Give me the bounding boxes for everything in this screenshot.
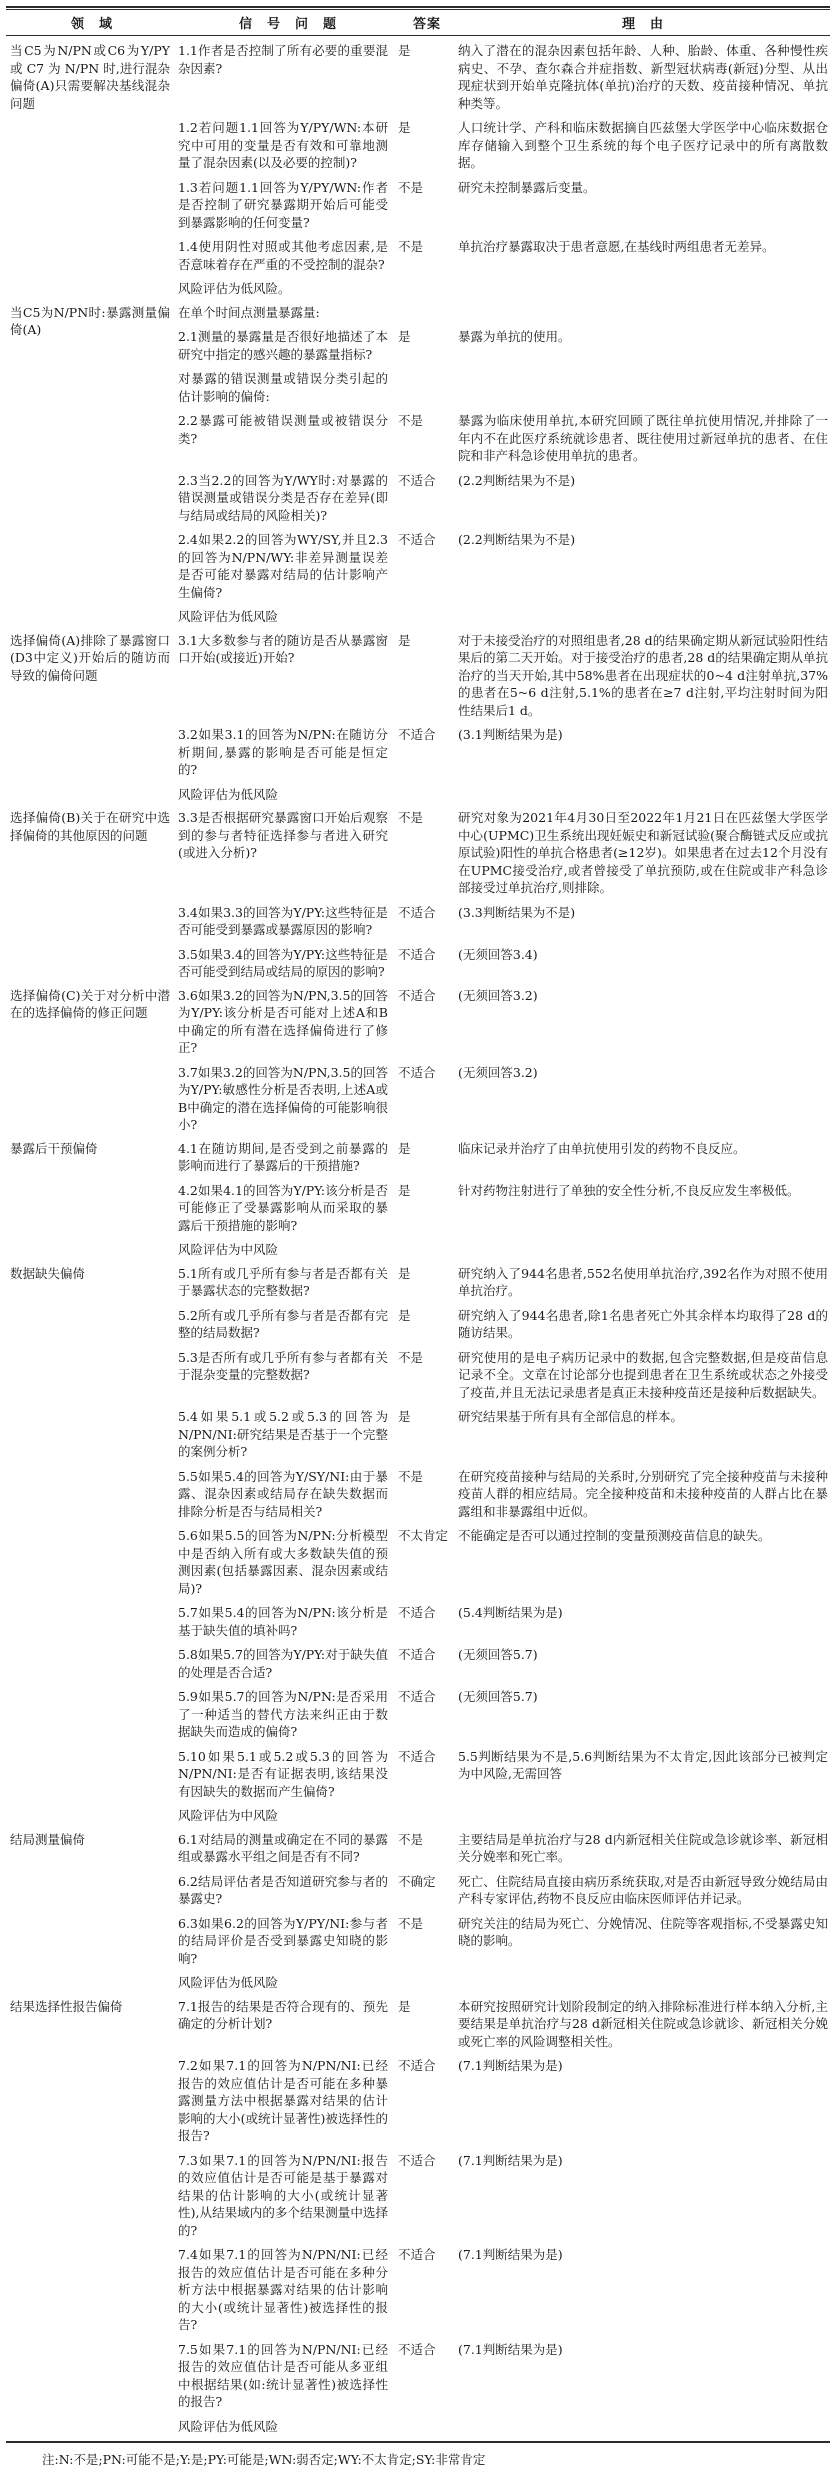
answer-cell: 是	[398, 1996, 456, 2051]
column-header-domain: 领 域	[6, 13, 178, 32]
table-row: 6.2结局评估者是否知道研究参与者的暴露史?不确定死亡、住院结局直接由病历系统获…	[178, 1871, 830, 1908]
question-cell: 5.3是否所有或几乎所有参与者都有关于混杂变量的完整数据?	[178, 1347, 398, 1402]
reason-cell: 针对药物注射进行了单独的安全性分析,不良反应发生率极低。	[456, 1180, 830, 1235]
answer-cell	[398, 278, 456, 298]
answer-cell	[398, 302, 456, 322]
domain-group: 选择偏倚(C)关于对分析中潜在的选择偏倚的修正问题3.6如果3.2的回答为N/P…	[6, 985, 830, 1136]
answer-cell: 是	[398, 1406, 456, 1461]
question-cell: 风险评估为低风险	[178, 1972, 398, 1992]
question-rows: 5.1所有或几乎所有参与者是否都有关于暴露状态的完整数据?是研究纳入了944名患…	[178, 1263, 830, 1827]
answer-cell: 不是	[398, 1347, 456, 1402]
domain-cell: 选择偏倚(B)关于在研究中选择偏倚的其他原因的问题	[6, 807, 178, 983]
answer-cell: 不适合	[398, 944, 456, 981]
answer-cell: 是	[398, 1305, 456, 1342]
domain-group: 当C5为N/PN时:暴露测量偏倚(A)在单个时间点测量暴露量:2.1测量的暴露量…	[6, 302, 830, 628]
domain-cell: 数据缺失偏倚	[6, 1263, 178, 1827]
reason-cell: 研究纳入了944名患者,552名使用单抗治疗,392名作为对照不使用单抗治疗。	[456, 1263, 830, 1300]
question-cell: 5.8如果5.7的回答为Y/PY:对于缺失值的处理是否合适?	[178, 1644, 398, 1681]
domain-cell: 选择偏倚(C)关于对分析中潜在的选择偏倚的修正问题	[6, 985, 178, 1136]
answer-cell: 不是	[398, 236, 456, 273]
reason-cell: (7.1判断结果为是)	[456, 2150, 830, 2240]
reason-cell: 研究未控制暴露后变量。	[456, 177, 830, 232]
table-footnote: 注:N:不是;PN:可能不是;Y:是;PY:可能是;WN:弱否定;WY:不太肯定…	[6, 2443, 830, 2478]
question-cell: 4.1在随访期间,是否受到之前暴露的影响而进行了暴露后的干预措施?	[178, 1138, 398, 1175]
reason-cell	[456, 278, 830, 298]
table-row: 5.8如果5.7的回答为Y/PY:对于缺失值的处理是否合适?不适合(无须回答5.…	[178, 1644, 830, 1681]
question-cell: 1.1作者是否控制了所有必要的重要混杂因素?	[178, 40, 398, 112]
reason-cell: 纳入了潜在的混杂因素包括年龄、人种、胎龄、体重、各种慢性疾病史、不孕、查尔森合并…	[456, 40, 830, 112]
table-row: 1.2若问题1.1回答为Y/PY/WN:本研究中可用的变量是否有效和可靠地测量了…	[178, 117, 830, 172]
table-row: 5.6如果5.5的回答为N/PN:分析模型中是否纳入所有或大多数缺失值的预测因素…	[178, 1525, 830, 1597]
question-cell: 5.5如果5.4的回答为Y/SY/NI:由于暴露、混杂因素或结局存在缺失数据而排…	[178, 1466, 398, 1521]
table-row: 1.3若问题1.1回答为Y/PY/WN:作者是否控制了研究暴露期开始后可能受到暴…	[178, 177, 830, 232]
reason-cell: 暴露为单抗的使用。	[456, 326, 830, 363]
answer-cell: 不是	[398, 1913, 456, 1968]
reason-cell: 人口统计学、产科和临床数据摘自匹兹堡大学医学中心临床数据仓库存储输入到整个卫生系…	[456, 117, 830, 172]
reason-cell: 研究对象为2021年4月30日至2022年1月21日在匹兹堡大学医学中心(UPM…	[456, 807, 830, 897]
table-row: 风险评估为低风险。	[178, 278, 830, 298]
question-cell: 2.3当2.2的回答为Y/WY时:对暴露的错误测量或错误分类是否存在差异(即与结…	[178, 470, 398, 525]
reason-cell: 研究关注的结局为死亡、分娩情况、住院等客观指标,不受暴露史知晓的影响。	[456, 1913, 830, 1968]
answer-cell	[398, 2416, 456, 2436]
question-cell: 风险评估为低风险	[178, 2416, 398, 2436]
question-cell: 3.1大多数参与者的随访是否从暴露窗口开始(或接近)开始?	[178, 630, 398, 720]
question-cell: 5.10如果5.1或5.2或5.3的回答为N/PN/NI:是否有证据表明,该结果…	[178, 1746, 398, 1801]
table-row: 2.1测量的暴露量是否很好地描述了本研究中指定的感兴趣的暴露量指标?是暴露为单抗…	[178, 326, 830, 363]
question-cell: 5.2所有或几乎所有参与者是否都有完整的结局数据?	[178, 1305, 398, 1342]
answer-cell: 不适合	[398, 1746, 456, 1801]
answer-cell: 不适合	[398, 1602, 456, 1639]
reason-cell: (5.4判断结果为是)	[456, 1602, 830, 1639]
reason-cell: (2.2判断结果为不是)	[456, 470, 830, 525]
question-rows: 6.1对结局的测量或确定在不同的暴露组或暴露水平组之间是否有不同?不是主要结局是…	[178, 1829, 830, 1994]
table-row: 2.2暴露可能被错误测量或被错误分类?不是暴露为临床使用单抗,本研究回顾了既往单…	[178, 410, 830, 465]
table-row: 3.2如果3.1的回答为N/PN:在随访分析期间,暴露的影响是否可能是恒定的?不…	[178, 724, 830, 779]
question-cell: 5.4如果5.1或5.2或5.3的回答为N/PN/NI:研究结果是否基于一个完整…	[178, 1406, 398, 1461]
reason-cell: 对于未接受治疗的对照组患者,28 d的结果确定期从新冠试验阳性结果后的第二天开始…	[456, 630, 830, 720]
table-row: 2.4如果2.2的回答为WY/SY,并且2.3的回答为N/PN/WY:非差异测量…	[178, 529, 830, 601]
reason-cell	[456, 368, 830, 405]
question-cell: 3.4如果3.3的回答为Y/PY:这些特征是否可能受到暴露或暴露原因的影响?	[178, 902, 398, 939]
reason-cell: 不能确定是否可以通过控制的变量预测疫苗信息的缺失。	[456, 1525, 830, 1597]
answer-cell: 不适合	[398, 2244, 456, 2334]
answer-cell: 不是	[398, 410, 456, 465]
reason-cell: (3.3判断结果为不是)	[456, 902, 830, 939]
reason-cell	[456, 2416, 830, 2436]
answer-cell	[398, 368, 456, 405]
table-row: 7.5如果7.1的回答为N/PN/NI:已经报告的效应值估计是否可能从多亚组中根…	[178, 2339, 830, 2411]
domain-group: 结果选择性报告偏倚7.1报告的结果是否符合现有的、预先确定的分析计划?是本研究按…	[6, 1996, 830, 2438]
question-cell: 对暴露的错误测量或错误分类引起的估计影响的偏倚:	[178, 368, 398, 405]
table-row: 5.5如果5.4的回答为Y/SY/NI:由于暴露、混杂因素或结局存在缺失数据而排…	[178, 1466, 830, 1521]
answer-cell	[398, 1805, 456, 1825]
question-cell: 2.1测量的暴露量是否很好地描述了本研究中指定的感兴趣的暴露量指标?	[178, 326, 398, 363]
question-cell: 3.6如果3.2的回答为N/PN,3.5的回答为Y/PY:该分析是否可能对上述A…	[178, 985, 398, 1057]
answer-cell: 不是	[398, 1466, 456, 1521]
reason-cell: (无须回答3.2)	[456, 1062, 830, 1134]
reason-cell: (7.1判断结果为是)	[456, 2339, 830, 2411]
domain-cell: 当C5为N/PN时:暴露测量偏倚(A)	[6, 302, 178, 628]
question-cell: 5.1所有或几乎所有参与者是否都有关于暴露状态的完整数据?	[178, 1263, 398, 1300]
reason-cell: 在研究疫苗接种与结局的关系时,分别研究了完全接种疫苗与未接种疫苗人群的相应结局。…	[456, 1466, 830, 1521]
table-row: 7.2如果7.1的回答为N/PN/NI:已经报告的效应值估计是否可能在多种暴露测…	[178, 2055, 830, 2145]
question-cell: 风险评估为中风险	[178, 1805, 398, 1825]
reason-cell	[456, 606, 830, 626]
domain-group: 当C5为N/PN或C6为Y/PY 或 C7 为 N/PN 时,进行混杂偏倚(A)…	[6, 40, 830, 300]
table-row: 5.2所有或几乎所有参与者是否都有完整的结局数据?是研究纳入了944名患者,除1…	[178, 1305, 830, 1342]
question-cell: 风险评估为低风险	[178, 784, 398, 804]
reason-cell: 单抗治疗暴露取决于患者意愿,在基线时两组患者无差异。	[456, 236, 830, 273]
table-row: 5.3是否所有或几乎所有参与者都有关于混杂变量的完整数据?不是研究使用的是电子病…	[178, 1347, 830, 1402]
answer-cell: 不确定	[398, 1871, 456, 1908]
question-cell: 在单个时间点测量暴露量:	[178, 302, 398, 322]
question-rows: 在单个时间点测量暴露量:2.1测量的暴露量是否很好地描述了本研究中指定的感兴趣的…	[178, 302, 830, 628]
answer-cell: 是	[398, 1180, 456, 1235]
question-cell: 4.2如果4.1的回答为Y/PY:该分析是否可能修正了受暴露影响从而采取的暴露后…	[178, 1180, 398, 1235]
question-rows: 1.1作者是否控制了所有必要的重要混杂因素?是纳入了潜在的混杂因素包括年龄、人种…	[178, 40, 830, 300]
question-rows: 3.1大多数参与者的随访是否从暴露窗口开始(或接近)开始?是对于未接受治疗的对照…	[178, 630, 830, 806]
answer-cell: 不适合	[398, 724, 456, 779]
reason-cell: (无须回答5.7)	[456, 1644, 830, 1681]
answer-cell: 是	[398, 1138, 456, 1175]
reason-cell: 暴露为临床使用单抗,本研究回顾了既往单抗使用情况,并排除了一年内不在此医疗系统就…	[456, 410, 830, 465]
answer-cell: 不适合	[398, 902, 456, 939]
answer-cell: 不适合	[398, 2339, 456, 2411]
question-cell: 7.3如果7.1的回答为N/PN/NI:报告的效应值估计是否可能是基于暴露对结果…	[178, 2150, 398, 2240]
reason-cell	[456, 302, 830, 322]
answer-cell: 不是	[398, 1829, 456, 1866]
table-row: 2.3当2.2的回答为Y/WY时:对暴露的错误测量或错误分类是否存在差异(即与结…	[178, 470, 830, 525]
answer-cell: 不适合	[398, 2150, 456, 2240]
reason-cell: 研究使用的是电子病历记录中的数据,包含完整数据,但是疫苗信息记录不全。文章在讨论…	[456, 1347, 830, 1402]
table-row: 5.7如果5.4的回答为N/PN:该分析是基于缺失值的填补吗?不适合(5.4判断…	[178, 1602, 830, 1639]
table-row: 对暴露的错误测量或错误分类引起的估计影响的偏倚:	[178, 368, 830, 405]
reason-cell: 死亡、住院结局直接由病历系统获取,对是否由新冠导致分娩结局由产科专家评估,药物不…	[456, 1871, 830, 1908]
question-rows: 3.3是否根据研究暴露窗口开始后观察到的参与者特征选择参与者进入研究(或进入分析…	[178, 807, 830, 983]
table-row: 3.3是否根据研究暴露窗口开始后观察到的参与者特征选择参与者进入研究(或进入分析…	[178, 807, 830, 897]
answer-cell: 是	[398, 1263, 456, 1300]
domain-group: 结局测量偏倚6.1对结局的测量或确定在不同的暴露组或暴露水平组之间是否有不同?不…	[6, 1829, 830, 1994]
question-cell: 风险评估为中风险	[178, 1239, 398, 1259]
table-row: 5.9如果5.7的回答为N/PN:是否采用了一种适当的替代方法来纠正由于数据缺失…	[178, 1686, 830, 1741]
table-row: 5.4如果5.1或5.2或5.3的回答为N/PN/NI:研究结果是否基于一个完整…	[178, 1406, 830, 1461]
domain-cell: 选择偏倚(A)排除了暴露窗口(D3中定义)开始后的随访而导致的偏倚问题	[6, 630, 178, 806]
answer-cell	[398, 784, 456, 804]
domain-cell: 结果选择性报告偏倚	[6, 1996, 178, 2438]
answer-cell: 不是	[398, 807, 456, 897]
answer-cell: 不适合	[398, 985, 456, 1057]
reason-cell: (无须回答3.4)	[456, 944, 830, 981]
table-row: 1.4使用阴性对照或其他考虑因素,是否意味着存在严重的不受控制的混杂?不是单抗治…	[178, 236, 830, 273]
question-cell: 7.1报告的结果是否符合现有的、预先确定的分析计划?	[178, 1996, 398, 2051]
reason-cell: 研究结果基于所有具有全部信息的样本。	[456, 1406, 830, 1461]
answer-cell: 不适合	[398, 1644, 456, 1681]
question-cell: 2.4如果2.2的回答为WY/SY,并且2.3的回答为N/PN/WY:非差异测量…	[178, 529, 398, 601]
table-row: 风险评估为中风险	[178, 1239, 830, 1259]
question-cell: 1.3若问题1.1回答为Y/PY/WN:作者是否控制了研究暴露期开始后可能受到暴…	[178, 177, 398, 232]
domain-cell: 结局测量偏倚	[6, 1829, 178, 1994]
question-cell: 7.5如果7.1的回答为N/PN/NI:已经报告的效应值估计是否可能从多亚组中根…	[178, 2339, 398, 2411]
domain-group: 数据缺失偏倚5.1所有或几乎所有参与者是否都有关于暴露状态的完整数据?是研究纳入…	[6, 1263, 830, 1827]
reason-cell: 临床记录并治疗了由单抗使用引发的药物不良反应。	[456, 1138, 830, 1175]
table-row: 6.1对结局的测量或确定在不同的暴露组或暴露水平组之间是否有不同?不是主要结局是…	[178, 1829, 830, 1866]
reason-cell: 研究纳入了944名患者,除1名患者死亡外其余样本均取得了28 d的随访结果。	[456, 1305, 830, 1342]
column-header-question: 信 号 问 题	[178, 13, 398, 32]
answer-cell	[398, 1239, 456, 1259]
answer-cell: 不是	[398, 177, 456, 232]
table-row: 5.10如果5.1或5.2或5.3的回答为N/PN/NI:是否有证据表明,该结果…	[178, 1746, 830, 1801]
question-cell: 3.7如果3.2的回答为N/PN,3.5的回答为Y/PY:敏感性分析是否表明,上…	[178, 1062, 398, 1134]
domain-group: 选择偏倚(B)关于在研究中选择偏倚的其他原因的问题3.3是否根据研究暴露窗口开始…	[6, 807, 830, 983]
table-row: 风险评估为中风险	[178, 1805, 830, 1825]
question-cell: 风险评估为低风险	[178, 606, 398, 626]
table-row: 7.1报告的结果是否符合现有的、预先确定的分析计划?是本研究按照研究计划阶段制定…	[178, 1996, 830, 2051]
answer-cell: 是	[398, 630, 456, 720]
question-cell: 5.7如果5.4的回答为N/PN:该分析是基于缺失值的填补吗?	[178, 1602, 398, 1639]
question-cell: 5.9如果5.7的回答为N/PN:是否采用了一种适当的替代方法来纠正由于数据缺失…	[178, 1686, 398, 1741]
answer-cell: 不适合	[398, 529, 456, 601]
reason-cell	[456, 784, 830, 804]
table-row: 风险评估为低风险	[178, 1972, 830, 1992]
table-row: 7.3如果7.1的回答为N/PN/NI:报告的效应值估计是否可能是基于暴露对结果…	[178, 2150, 830, 2240]
question-cell: 5.6如果5.5的回答为N/PN:分析模型中是否纳入所有或大多数缺失值的预测因素…	[178, 1525, 398, 1597]
table-row: 1.1作者是否控制了所有必要的重要混杂因素?是纳入了潜在的混杂因素包括年龄、人种…	[178, 40, 830, 112]
reason-cell: 5.5判断结果为不是,5.6判断结果为不太肯定,因此该部分已被判定为中风险,无需…	[456, 1746, 830, 1801]
table-row: 4.1在随访期间,是否受到之前暴露的影响而进行了暴露后的干预措施?是临床记录并治…	[178, 1138, 830, 1175]
question-cell: 7.2如果7.1的回答为N/PN/NI:已经报告的效应值估计是否可能在多种暴露测…	[178, 2055, 398, 2145]
question-cell: 7.4如果7.1的回答为N/PN/NI:已经报告的效应值估计是否可能在多种分析方…	[178, 2244, 398, 2334]
reason-cell: (7.1判断结果为是)	[456, 2055, 830, 2145]
question-cell: 6.2结局评估者是否知道研究参与者的暴露史?	[178, 1871, 398, 1908]
reason-cell: (2.2判断结果为不是)	[456, 529, 830, 601]
column-header-reason: 理 由	[456, 13, 830, 32]
question-cell: 3.5如果3.4的回答为Y/PY:这些特征是否可能受到结局或结局的原因的影响?	[178, 944, 398, 981]
table-body: 当C5为N/PN或C6为Y/PY 或 C7 为 N/PN 时,进行混杂偏倚(A)…	[6, 36, 830, 2437]
question-cell: 3.3是否根据研究暴露窗口开始后观察到的参与者特征选择参与者进入研究(或进入分析…	[178, 807, 398, 897]
question-cell: 风险评估为低风险。	[178, 278, 398, 298]
domain-cell: 暴露后干预偏倚	[6, 1138, 178, 1261]
reason-cell	[456, 1805, 830, 1825]
reason-cell: (无须回答5.7)	[456, 1686, 830, 1741]
answer-cell: 不适合	[398, 470, 456, 525]
answer-cell: 不适合	[398, 2055, 456, 2145]
answer-cell: 不适合	[398, 1062, 456, 1134]
answer-cell	[398, 1972, 456, 1992]
question-rows: 7.1报告的结果是否符合现有的、预先确定的分析计划?是本研究按照研究计划阶段制定…	[178, 1996, 830, 2438]
question-cell: 1.4使用阴性对照或其他考虑因素,是否意味着存在严重的不受控制的混杂?	[178, 236, 398, 273]
table-row: 5.1所有或几乎所有参与者是否都有关于暴露状态的完整数据?是研究纳入了944名患…	[178, 1263, 830, 1300]
reason-cell: (7.1判断结果为是)	[456, 2244, 830, 2334]
answer-cell	[398, 606, 456, 626]
table-row: 3.6如果3.2的回答为N/PN,3.5的回答为Y/PY:该分析是否可能对上述A…	[178, 985, 830, 1057]
table-row: 3.1大多数参与者的随访是否从暴露窗口开始(或接近)开始?是对于未接受治疗的对照…	[178, 630, 830, 720]
question-cell: 6.1对结局的测量或确定在不同的暴露组或暴露水平组之间是否有不同?	[178, 1829, 398, 1866]
question-rows: 3.6如果3.2的回答为N/PN,3.5的回答为Y/PY:该分析是否可能对上述A…	[178, 985, 830, 1136]
answer-cell: 是	[398, 117, 456, 172]
reason-cell: (无须回答3.2)	[456, 985, 830, 1057]
answer-cell: 是	[398, 40, 456, 112]
table-row: 3.5如果3.4的回答为Y/PY:这些特征是否可能受到结局或结局的原因的影响?不…	[178, 944, 830, 981]
table-header-row: 领 域 信 号 问 题 答案 理 由	[6, 10, 830, 36]
question-rows: 4.1在随访期间,是否受到之前暴露的影响而进行了暴露后的干预措施?是临床记录并治…	[178, 1138, 830, 1261]
table-row: 在单个时间点测量暴露量:	[178, 302, 830, 322]
question-cell: 3.2如果3.1的回答为N/PN:在随访分析期间,暴露的影响是否可能是恒定的?	[178, 724, 398, 779]
table-row: 3.7如果3.2的回答为N/PN,3.5的回答为Y/PY:敏感性分析是否表明,上…	[178, 1062, 830, 1134]
table-row: 风险评估为低风险	[178, 606, 830, 626]
question-cell: 1.2若问题1.1回答为Y/PY/WN:本研究中可用的变量是否有效和可靠地测量了…	[178, 117, 398, 172]
domain-cell: 当C5为N/PN或C6为Y/PY 或 C7 为 N/PN 时,进行混杂偏倚(A)…	[6, 40, 178, 300]
answer-cell: 不适合	[398, 1686, 456, 1741]
column-header-answer: 答案	[398, 13, 456, 32]
domain-group: 暴露后干预偏倚4.1在随访期间,是否受到之前暴露的影响而进行了暴露后的干预措施?…	[6, 1138, 830, 1261]
reason-cell: 主要结局是单抗治疗与28 d内新冠相关住院或急诊就诊率、新冠相关分娩率和死亡率。	[456, 1829, 830, 1866]
answer-cell: 是	[398, 326, 456, 363]
table-row: 4.2如果4.1的回答为Y/PY:该分析是否可能修正了受暴露影响从而采取的暴露后…	[178, 1180, 830, 1235]
document-page: 领 域 信 号 问 题 答案 理 由 当C5为N/PN或C6为Y/PY 或 C7…	[0, 0, 836, 2478]
table-row: 7.4如果7.1的回答为N/PN/NI:已经报告的效应值估计是否可能在多种分析方…	[178, 2244, 830, 2334]
question-cell: 2.2暴露可能被错误测量或被错误分类?	[178, 410, 398, 465]
table-row: 风险评估为低风险	[178, 784, 830, 804]
table-row: 风险评估为低风险	[178, 2416, 830, 2436]
answer-cell: 不太肯定	[398, 1525, 456, 1597]
question-cell: 6.3如果6.2的回答为Y/PY/NI:参与者的结局评价是否受到暴露史知晓的影响…	[178, 1913, 398, 1968]
table-row: 6.3如果6.2的回答为Y/PY/NI:参与者的结局评价是否受到暴露史知晓的影响…	[178, 1913, 830, 1968]
reason-cell: 本研究按照研究计划阶段制定的纳入排除标准进行样本纳入分析,主要结果是单抗治疗与2…	[456, 1996, 830, 2051]
reason-cell	[456, 1972, 830, 1992]
reason-cell	[456, 1239, 830, 1259]
reason-cell: (3.1判断结果为是)	[456, 724, 830, 779]
table-row: 3.4如果3.3的回答为Y/PY:这些特征是否可能受到暴露或暴露原因的影响?不适…	[178, 902, 830, 939]
domain-group: 选择偏倚(A)排除了暴露窗口(D3中定义)开始后的随访而导致的偏倚问题3.1大多…	[6, 630, 830, 806]
